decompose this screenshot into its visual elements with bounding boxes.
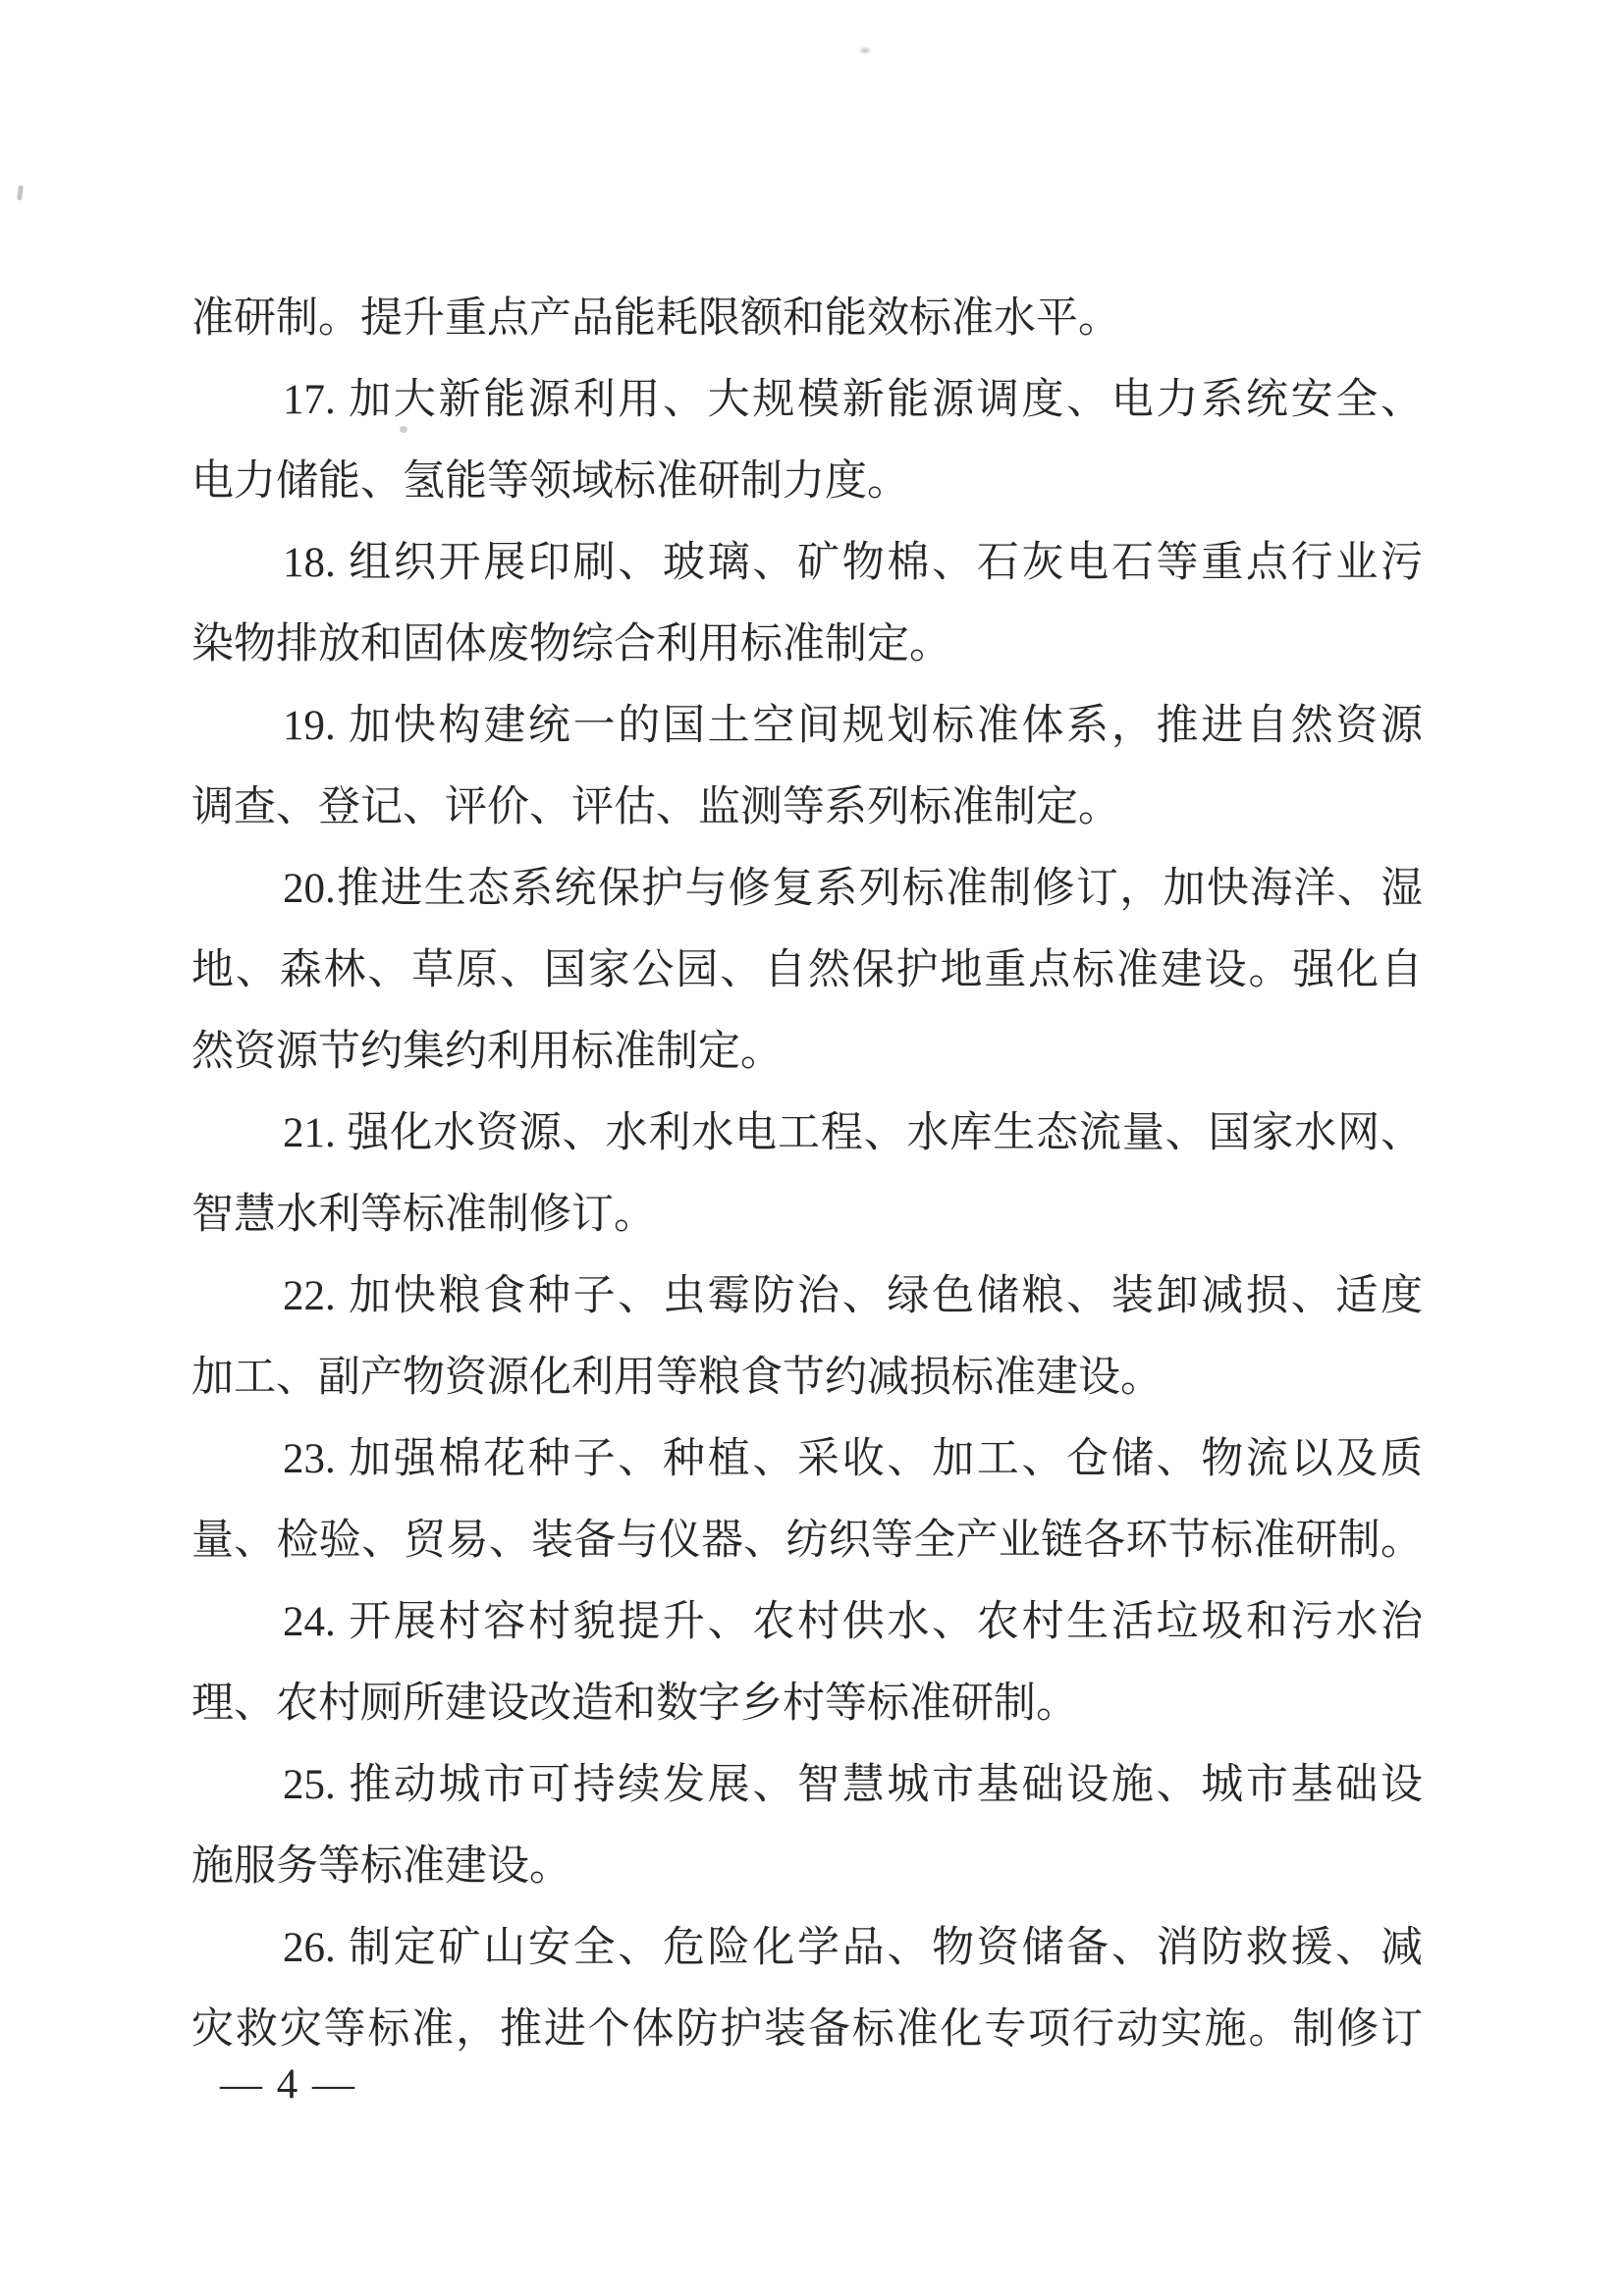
text-line-10: 然资源节约集约利用标准制定。 [191,1011,1423,1093]
text-line-22: 灾救灾等标准，推进个体防护装备标准化专项行动实施。制修订 [191,1989,1423,2070]
text-line-15: 23. 加强棉花种子、种植、采收、加工、仓储、物流以及质 [191,1418,1423,1500]
text-line-9: 地、森林、草原、国家公园、自然保护地重点标准建设。强化自 [191,930,1423,1011]
text-line-4: 18. 组织开展印刷、玻璃、矿物棉、石灰电石等重点行业污 [191,522,1423,604]
text-line-2: 17. 加大新能源利用、大规模新能源调度、电力系统安全、 [191,359,1423,441]
text-line-6: 19. 加快构建统一的国土空间规划标准体系，推进自然资源 [191,685,1423,767]
text-line-12: 智慧水利等标准制修订。 [191,1174,1423,1255]
text-line-20: 施服务等标准建设。 [191,1826,1423,1907]
text-line-7: 调查、登记、评价、评估、监测等系列标准制定。 [191,767,1423,848]
text-line-11: 21. 强化水资源、水利水电工程、水库生态流量、国家水网、 [191,1093,1423,1174]
text-line-13: 22. 加快粮食种子、虫霉防治、绿色储粮、装卸减损、适度 [191,1255,1423,1337]
text-line-18: 理、农村厕所建设改造和数字乡村等标准研制。 [191,1663,1423,1744]
text-line-21: 26. 制定矿山安全、危险化学品、物资储备、消防救援、减 [191,1907,1423,1989]
text-line-19: 25. 推动城市可持续发展、智慧城市基础设施、城市基础设 [191,1744,1423,1826]
text-line-17: 24. 开展村容村貌提升、农村供水、农村生活垃圾和污水治 [191,1581,1423,1663]
text-line-8: 20.推进生态系统保护与修复系列标准制修订，加快海洋、湿 [191,848,1423,930]
text-line-5: 染物排放和固体废物综合利用标准制定。 [191,604,1423,685]
document-page: 准研制。提升重点产品能耗限额和能效标准水平。 17. 加大新能源利用、大规模新能… [0,0,1624,2296]
document-text-block: 准研制。提升重点产品能耗限额和能效标准水平。 17. 加大新能源利用、大规模新能… [191,278,1423,2070]
text-line-14: 加工、副产物资源化利用等粮食节约减损标准建设。 [191,1337,1423,1418]
page-number: — 4 — [220,2061,356,2109]
text-line-1: 准研制。提升重点产品能耗限额和能效标准水平。 [191,278,1423,359]
scan-artifact-mark [17,186,24,200]
text-line-16: 量、检验、贸易、装备与仪器、纺织等全产业链各环节标准研制。 [191,1500,1423,1581]
text-line-3: 电力储能、氢能等领域标准研制力度。 [191,441,1423,522]
scan-artifact-dot [858,46,872,55]
